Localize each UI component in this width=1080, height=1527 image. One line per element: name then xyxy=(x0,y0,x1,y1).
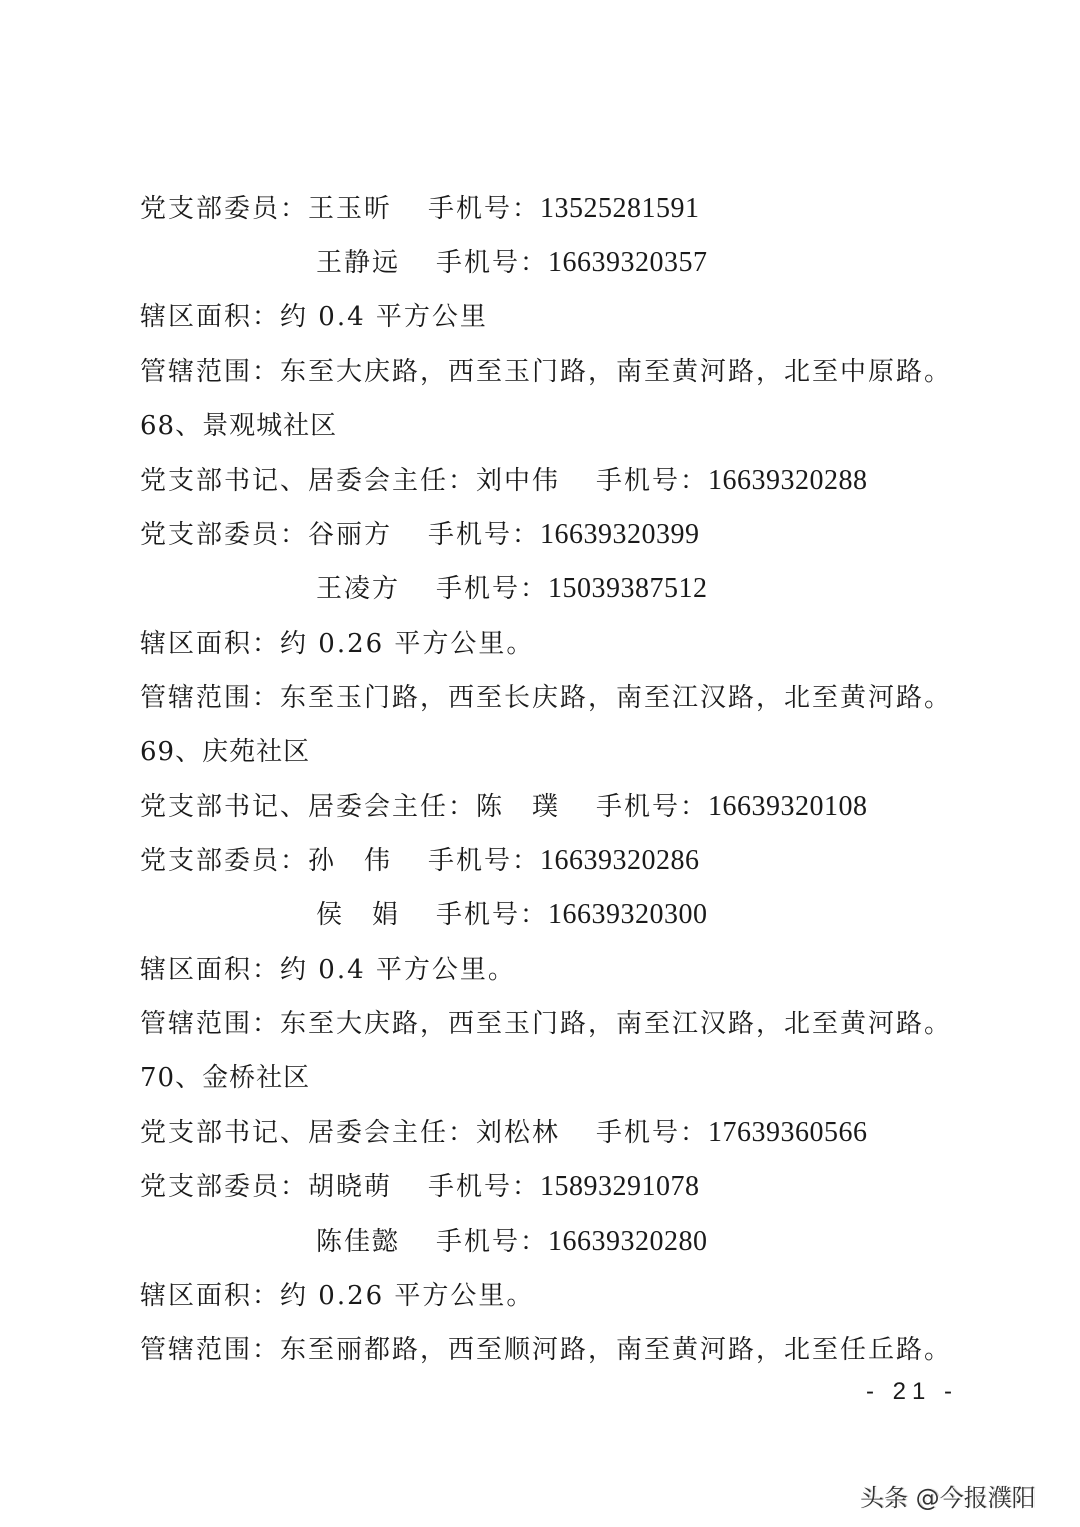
member-name: 王静远 xyxy=(316,243,406,283)
members-label: 党支部委员： xyxy=(140,189,308,229)
phone-number: 16639320280 xyxy=(548,1222,708,1262)
area-value: 约 0.26 平方公里。 xyxy=(280,624,534,664)
scope-value: 东至大庆路，西至玉门路，南至黄河路，北至中原路。 xyxy=(280,352,952,392)
member-name: 陈佳懿 xyxy=(316,1222,406,1262)
member-name: 孙 伟 xyxy=(308,841,398,881)
area-label: 辖区面积： xyxy=(140,624,280,664)
phone-label: 手机号： xyxy=(596,787,708,827)
phone-number: 16639320286 xyxy=(540,841,700,881)
scope-label: 管辖范围： xyxy=(140,1330,280,1370)
member-line: 党支部委员：谷丽方手机号：16639320399 xyxy=(140,515,700,555)
document-page: 党支部委员：王玉昕手机号：13525281591 王静远手机号：16639320… xyxy=(0,0,1080,1527)
area-line: 辖区面积：约 0.26 平方公里。 xyxy=(140,1276,534,1316)
secretary-line: 党支部书记、居委会主任：陈 璞手机号：16639320108 xyxy=(140,787,868,827)
area-line: 辖区面积：约 0.4 平方公里 xyxy=(140,297,488,337)
community-heading: 69、庆苑社区 xyxy=(140,732,310,772)
phone-label: 手机号： xyxy=(428,841,540,881)
phone-number: 15893291078 xyxy=(540,1167,700,1207)
member-name: 王玉昕 xyxy=(308,189,398,229)
members-label: 党支部委员： xyxy=(140,841,308,881)
phone-number: 16639320108 xyxy=(708,787,868,827)
member-name: 胡晓萌 xyxy=(308,1167,398,1207)
phone-label: 手机号： xyxy=(436,569,548,609)
scope-line: 管辖范围：东至丽都路，西至顺河路，南至黄河路，北至任丘路。 xyxy=(140,1330,952,1370)
secretary-label: 党支部书记、居委会主任： xyxy=(140,461,476,501)
phone-number: 16639320399 xyxy=(540,515,700,555)
phone-number: 17639360566 xyxy=(708,1113,868,1153)
scope-line: 管辖范围：东至玉门路，西至长庆路，南至江汉路，北至黄河路。 xyxy=(140,678,952,718)
secretary-name: 刘松林 xyxy=(476,1113,566,1153)
area-line: 辖区面积：约 0.26 平方公里。 xyxy=(140,624,534,664)
phone-label: 手机号： xyxy=(436,243,548,283)
member-line: 党支部委员：王玉昕手机号：13525281591 xyxy=(140,189,700,229)
phone-label: 手机号： xyxy=(596,461,708,501)
area-label: 辖区面积： xyxy=(140,950,280,990)
area-value: 约 0.4 平方公里 xyxy=(280,297,488,337)
member-line: 王静远手机号：16639320357 xyxy=(316,243,708,283)
page-number: - 21 - xyxy=(866,1378,958,1406)
phone-number: 16639320300 xyxy=(548,895,708,935)
member-line: 侯 娟手机号：16639320300 xyxy=(316,895,708,935)
scope-value: 东至玉门路，西至长庆路，南至江汉路，北至黄河路。 xyxy=(280,678,952,718)
member-line: 陈佳懿手机号：16639320280 xyxy=(316,1222,708,1262)
member-name: 侯 娟 xyxy=(316,895,406,935)
phone-label: 手机号： xyxy=(428,1167,540,1207)
scope-label: 管辖范围： xyxy=(140,352,280,392)
phone-label: 手机号： xyxy=(596,1113,708,1153)
secretary-label: 党支部书记、居委会主任： xyxy=(140,787,476,827)
phone-number: 15039387512 xyxy=(548,569,708,609)
phone-label: 手机号： xyxy=(428,189,540,229)
phone-number: 13525281591 xyxy=(540,189,700,229)
scope-line: 管辖范围：东至大庆路，西至玉门路，南至黄河路，北至中原路。 xyxy=(140,352,952,392)
member-line: 党支部委员：胡晓萌手机号：15893291078 xyxy=(140,1167,700,1207)
area-value: 约 0.26 平方公里。 xyxy=(280,1276,534,1316)
area-line: 辖区面积：约 0.4 平方公里。 xyxy=(140,950,516,990)
secretary-name: 刘中伟 xyxy=(476,461,566,501)
secretary-line: 党支部书记、居委会主任：刘中伟手机号：16639320288 xyxy=(140,461,868,501)
area-label: 辖区面积： xyxy=(140,297,280,337)
community-heading: 70、金桥社区 xyxy=(140,1058,310,1098)
secretary-name: 陈 璞 xyxy=(476,787,566,827)
members-label: 党支部委员： xyxy=(140,1167,308,1207)
members-label: 党支部委员： xyxy=(140,515,308,555)
source-watermark: 头条 @今报濮阳 xyxy=(860,1478,1036,1513)
scope-label: 管辖范围： xyxy=(140,1004,280,1044)
phone-label: 手机号： xyxy=(436,895,548,935)
phone-label: 手机号： xyxy=(428,515,540,555)
scope-label: 管辖范围： xyxy=(140,678,280,718)
member-line: 王凌方手机号：15039387512 xyxy=(316,569,708,609)
scope-value: 东至大庆路，西至玉门路，南至江汉路，北至黄河路。 xyxy=(280,1004,952,1044)
area-label: 辖区面积： xyxy=(140,1276,280,1316)
scope-value: 东至丽都路，西至顺河路，南至黄河路，北至任丘路。 xyxy=(280,1330,952,1370)
community-heading: 68、景观城社区 xyxy=(140,406,337,446)
member-name: 谷丽方 xyxy=(308,515,398,555)
secretary-label: 党支部书记、居委会主任： xyxy=(140,1113,476,1153)
area-value: 约 0.4 平方公里。 xyxy=(280,950,516,990)
scope-line: 管辖范围：东至大庆路，西至玉门路，南至江汉路，北至黄河路。 xyxy=(140,1004,952,1044)
member-name: 王凌方 xyxy=(316,569,406,609)
member-line: 党支部委员：孙 伟手机号：16639320286 xyxy=(140,841,700,881)
secretary-line: 党支部书记、居委会主任：刘松林手机号：17639360566 xyxy=(140,1113,868,1153)
phone-number: 16639320288 xyxy=(708,461,868,501)
phone-number: 16639320357 xyxy=(548,243,708,283)
phone-label: 手机号： xyxy=(436,1222,548,1262)
